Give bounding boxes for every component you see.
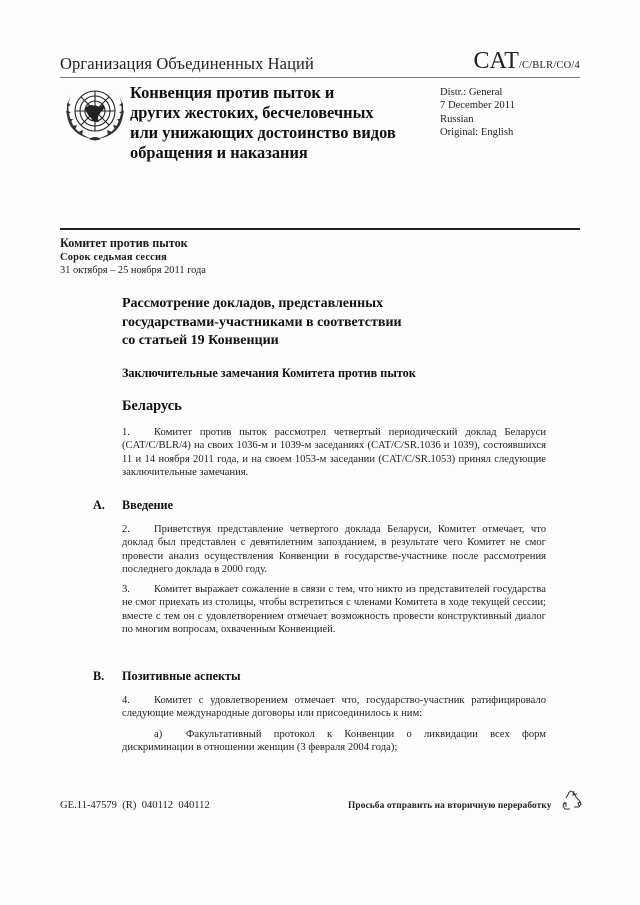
section-b-heading: B.Позитивные аспекты [93,669,241,684]
heading-line: государствами-участниками в соответствии [122,314,402,333]
paragraph-number: 3. [122,583,154,596]
committee-name: Комитет против пыток [60,236,206,251]
section-letter: B. [93,669,122,684]
paragraph-text: Приветствуя представление четвертого док… [122,524,546,575]
document-language: Russian [440,113,515,126]
country-title: Беларусь [122,398,182,415]
section-a-heading: A.Введение [93,498,173,513]
paragraph-2: 2.Приветствуя представление четвертого д… [122,523,546,577]
heading-line: со статьей 19 Конвенции [122,332,402,351]
paragraph-1: 1.Комитет против пыток рассмотрел четвер… [122,426,546,480]
document-heading: Рассмотрение докладов, представленных го… [122,295,402,351]
convention-title: Конвенция против пыток и других жестоких… [130,83,430,163]
distribution-block: Distr.: General 7 December 2011 Russian … [440,86,515,140]
paragraph-4a: a)Факультативный протокол к Конвенции о … [122,728,546,755]
paragraph-number: 1. [122,426,154,439]
heading-line: Рассмотрение докладов, представленных [122,295,402,314]
convention-title-line: других жестоких, бесчеловечных [130,103,430,123]
convention-title-line: обращения и наказания [130,143,430,163]
committee-block: Комитет против пыток Сорок седьмая сесси… [60,236,206,277]
section-letter: A. [93,498,122,513]
paragraph-4: 4.Комитет с удовлетворением отмечает что… [122,694,546,721]
distribution: Distr.: General [440,86,515,99]
un-emblem-icon [61,81,129,147]
document-symbol: CAT/C/BLR/CO/4 [474,48,580,75]
item-label: a) [154,728,186,741]
section-title: Введение [122,498,173,512]
paragraph-number: 4. [122,694,154,707]
symbol-suffix: /C/BLR/CO/4 [519,60,580,71]
paragraph-text: Комитет против пыток рассмотрел четверты… [122,427,546,478]
item-text: Факультативный протокол к Конвенции о ли… [122,729,546,753]
session-name: Сорок седьмая сессия [60,251,206,264]
recycle-note: Просьба отправить на вторичную переработ… [348,801,552,811]
document-date: 7 December 2011 [440,99,515,112]
paragraph-3: 3.Комитет выражает сожаление в связи с т… [122,583,546,637]
original-language: Original: English [440,126,515,139]
paragraph-number: 2. [122,523,154,536]
convention-title-line: или унижающих достоинство видов [130,123,430,143]
symbol-main: CAT [474,48,519,74]
document-code: GE.11-47579 (R) 040112 040112 [60,800,210,811]
convention-title-line: Конвенция против пыток и [130,83,430,103]
section-title: Позитивные аспекты [122,669,241,683]
subheading: Заключительные замечания Комитета против… [122,366,416,381]
paragraph-text: Комитет с удовлетворением отмечает что, … [122,695,546,719]
header-rule [60,77,580,78]
recycle-icon [560,790,582,812]
organization-name: Организация Объединенных Наций [60,54,314,74]
session-dates: 31 октября – 25 ноября 2011 года [60,264,206,277]
paragraph-text: Комитет выражает сожаление в связи с тем… [122,584,546,635]
title-rule [60,228,580,230]
